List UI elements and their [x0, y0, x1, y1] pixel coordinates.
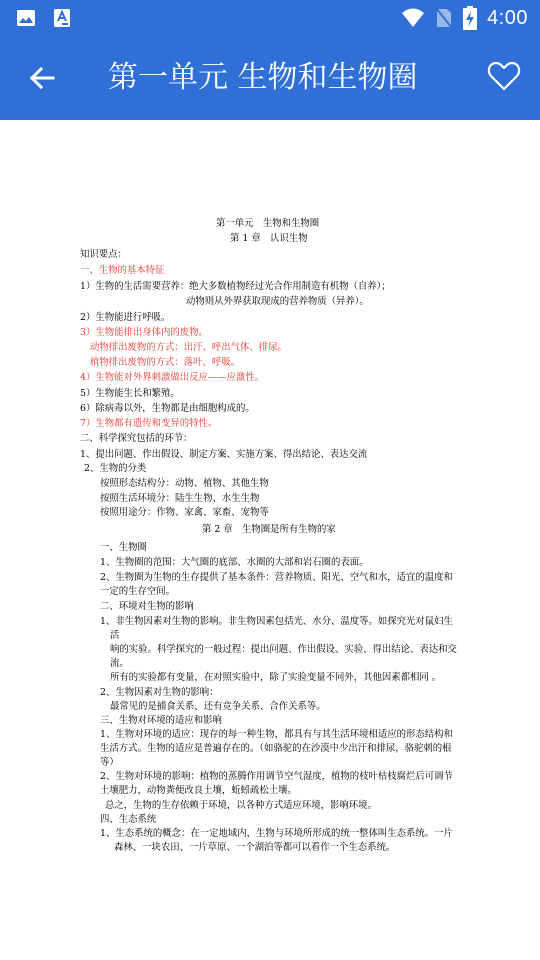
document-line: 一、生物圈 — [100, 541, 147, 554]
document-viewer[interactable]: 第一单元 生物和生物圈第 1 章 认识生物知识要点：一、生物的基本特征1）生物的… — [0, 120, 540, 960]
document-line: 2、生物对环境的影响：植物的蒸腾作用调节空气湿度，植物的枝叶枯枝腐烂后可调节 — [100, 770, 453, 783]
document-line: 等） — [100, 756, 119, 769]
document-line: 2、生物圈为生物的生存提供了基本条件：营养物质、阳光、空气和水，适宜的温度和 — [100, 571, 453, 584]
text-a-icon — [52, 8, 72, 28]
document-line: 1、生物对环境的适应：现存的每一种生物，都具有与其生活环境相适应的形态结构和 — [100, 728, 453, 741]
document-line: 3）生物能排出身体内的废物。 — [80, 326, 208, 339]
clock: 4:00 — [487, 7, 528, 30]
document-line: 所有的实验都有变量，在对照实验中，除了实验变量不同外，其他因素都相同 。 — [110, 671, 441, 684]
status-left-icons — [16, 8, 72, 28]
document-line: 动物排出废物的方式：出汗、呼出气体、排尿。 — [90, 341, 287, 354]
document-line: 生活方式。生物的适应是普遍存在的。（如骆驼的在沙漠中少出汗和排尿，骆驼刺的根 — [100, 742, 452, 755]
document-line: 三、生物对环境的适应和影响 — [100, 714, 222, 727]
document-line: 响的实验。科学探究的一般过程：提出问题、作出假设、实验、得出结论、表达和交 — [110, 643, 457, 656]
document-line: 总之，生物的生存依赖于环境，以各种方式适应环境，影响环境。 — [105, 799, 377, 812]
document-line: 7）生物都有遗传和变异的特性。 — [80, 417, 217, 430]
document-line: 土壤肥力，动物粪便改良土壤，蚯蚓疏松土壤。 — [100, 784, 297, 797]
document-line: 流。 — [110, 657, 129, 670]
document-line: 四、生态系统 — [100, 813, 156, 826]
document-line: 第 2 章 生物圈是所有生物的家 — [202, 523, 336, 536]
page-title: 第一单元 生物和生物圈 — [108, 56, 418, 100]
document-line: 二、科学探究包括的环节： — [80, 432, 193, 445]
document-line: 知识要点： — [80, 248, 127, 261]
document-line: 按照用途分：作物、家禽、家畜、宠物等 — [100, 506, 269, 519]
document-line: 第 1 章 认识生物 — [230, 232, 308, 245]
no-sim-icon — [435, 7, 453, 29]
document-line: 最常见的是捕食关系，还有竞争关系、合作关系等。 — [110, 700, 326, 713]
document-line: 6）除病毒以外，生物都是由细胞构成的。 — [80, 402, 255, 415]
document-line: 一定的生存空间。 — [100, 585, 175, 598]
heart-outline-icon[interactable] — [486, 58, 522, 94]
document-line: 5）生物能生长和繁殖。 — [80, 387, 180, 400]
document-line: 一、生物的基本特征 — [80, 264, 164, 277]
document-line: 1、生态系统的概念：在一定地域内，生物与环境所形成的统一整体叫生态系统。一片 — [100, 827, 453, 840]
document-line: 第一单元 生物和生物圈 — [216, 217, 319, 230]
document-line: 按照形态结构分：动物、植物、其他生物 — [100, 477, 269, 490]
document-line: 1）生物的生活需要营养：绝大多数植物经过光合作用制造有机物（自养）； — [80, 280, 391, 293]
wifi-icon — [401, 8, 425, 28]
battery-charging-icon — [463, 6, 477, 30]
app-bar: 第一单元 生物和生物圈 — [0, 36, 540, 120]
status-right-icons: 4:00 — [401, 4, 528, 32]
document-line: 植物排出废物的方式：落叶、呼吸。 — [90, 356, 240, 369]
document-line: 2、生物因素对生物的影响： — [100, 686, 218, 699]
document-line: 动物则从外界获取现成的营养物质（异养）。 — [186, 295, 369, 308]
document-line: 活 — [110, 629, 119, 642]
status-bar: 4:00 — [0, 0, 540, 36]
document-line: 森林、一块农田、一片草原、一个湖泊等都可以看作一个生态系统。 — [114, 841, 395, 854]
document-line: 二、环境对生物的影响 — [100, 600, 194, 613]
document-line: 1、提出问题、作出假设、制定方案、实施方案、得出结论、表达交流 — [80, 448, 367, 461]
arrow-left-icon[interactable] — [26, 62, 58, 94]
document-line: 1、非生物因素对生物的影响。非生物因素包括光、水分、温度等。如探究光对鼠妇生 — [100, 615, 453, 628]
document-line: 1、生物圈的范围：大气圈的底部、水圈的大部和岩石圈的表面。 — [100, 556, 368, 569]
document-line: 4）生物能对外界刺激做出反应——应激性。 — [80, 371, 264, 384]
document-line: 2、生物的分类 — [84, 462, 146, 475]
image-icon — [16, 8, 36, 28]
document-line: 2）生物能进行呼吸。 — [80, 311, 170, 324]
document-line: 按照生活环境分：陆生生物、水生生物 — [100, 492, 259, 505]
